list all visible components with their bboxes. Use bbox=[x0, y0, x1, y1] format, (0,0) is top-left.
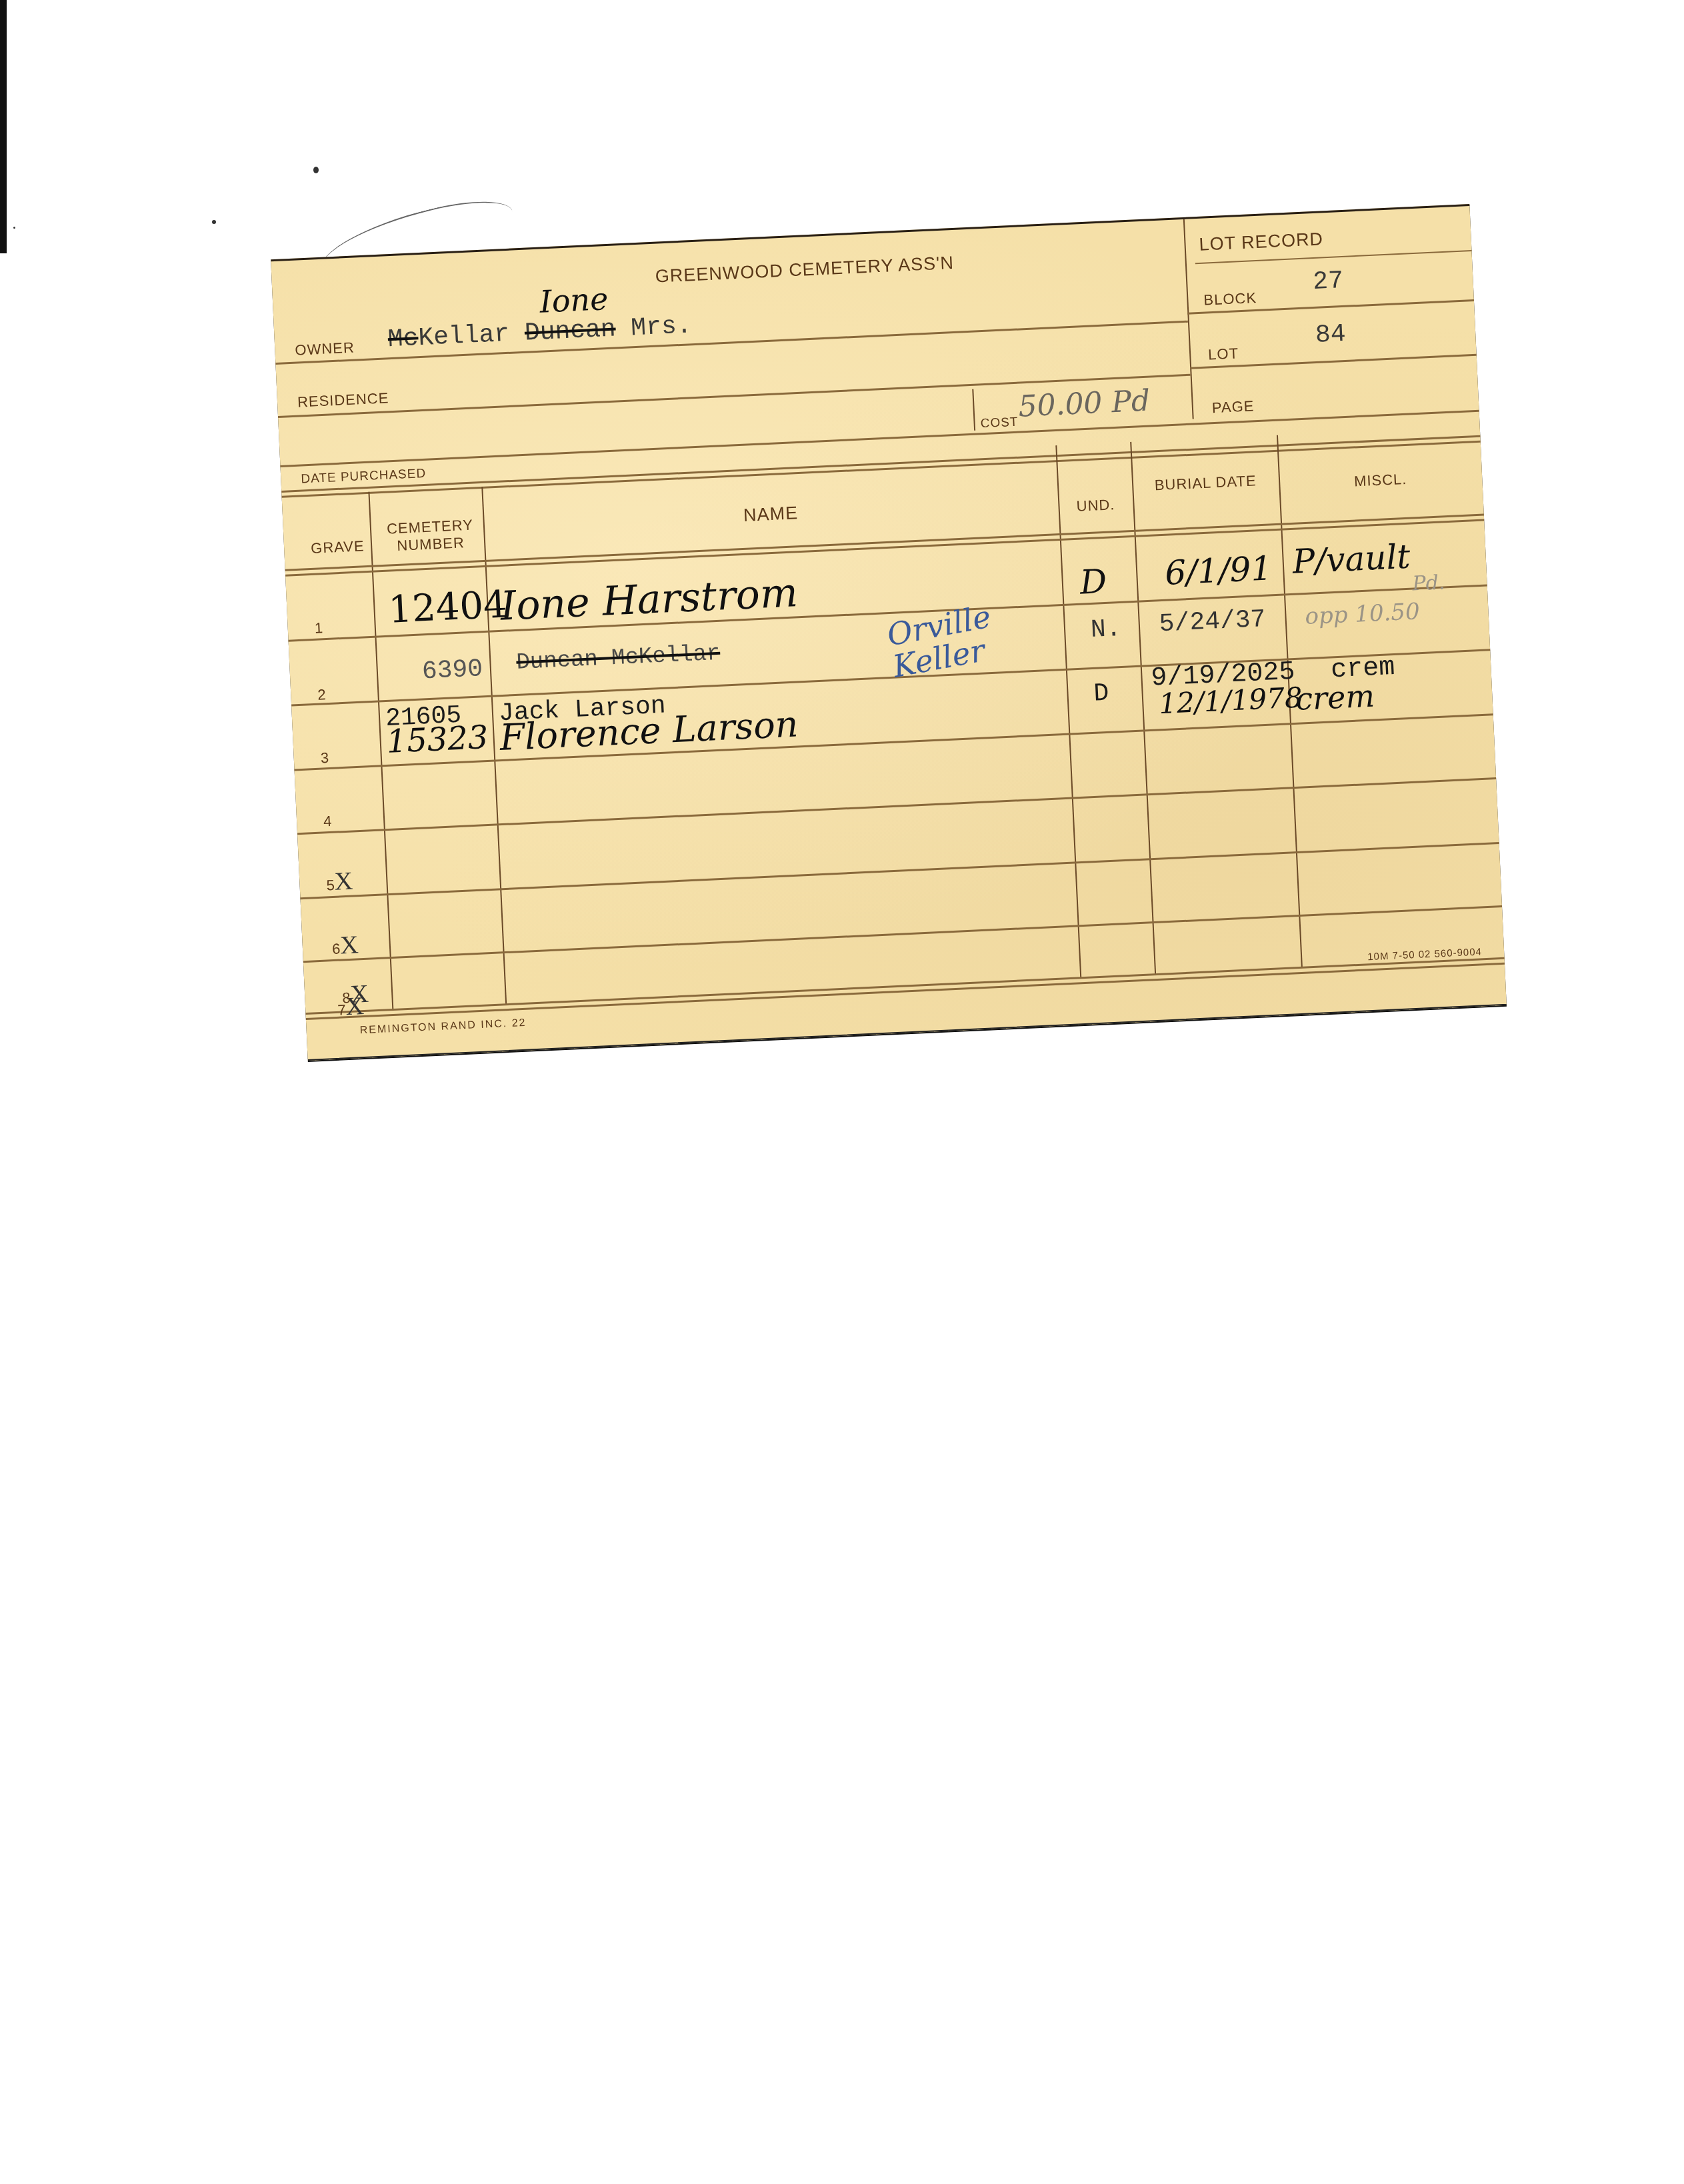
miscl-note: P/vault bbox=[1291, 537, 1411, 581]
und-col-divider bbox=[1130, 442, 1156, 975]
col-header-grave: GRAVE bbox=[311, 537, 365, 557]
block-label: BLOCK bbox=[1203, 289, 1257, 309]
lot-record-card: GREENWOOD CEMETERY ASS'N LOT RECORD OWNE… bbox=[271, 204, 1507, 1061]
miscl-pencil-note: opp 10.50 bbox=[1305, 598, 1421, 630]
grave-number: 4 bbox=[323, 813, 332, 831]
burial-date: 5/24/37 bbox=[1159, 605, 1266, 639]
printer-imprint: REMINGTON RAND INC. 22 bbox=[359, 1017, 527, 1037]
page-label: PAGE bbox=[1211, 397, 1255, 417]
owner-struck-given: Duncan bbox=[524, 315, 617, 347]
col-header-cemetery-number: CEMETERY NUMBER bbox=[383, 516, 477, 555]
scanner-edge bbox=[0, 0, 7, 253]
cost-value: 50.00 Pd bbox=[1017, 384, 1151, 424]
col-header-burial-date: BURIAL DATE bbox=[1142, 471, 1269, 495]
row-rule bbox=[300, 842, 1499, 899]
und-code: D bbox=[1093, 679, 1110, 709]
und-code: N. bbox=[1090, 615, 1122, 645]
lot-record-title: LOT RECORD bbox=[1199, 229, 1324, 255]
burial-date-2: 12/1/1978 bbox=[1158, 681, 1303, 720]
grave-number: 5X bbox=[325, 867, 353, 897]
owner-handwritten-given: Ione bbox=[539, 281, 609, 320]
cost-rule bbox=[280, 410, 1479, 467]
residence-label: RESIDENCE bbox=[297, 389, 389, 411]
table-bottom-rule bbox=[305, 957, 1504, 1015]
owner-surname: Kellar bbox=[417, 320, 510, 353]
col-header-name: NAME bbox=[483, 491, 1059, 538]
dust-speck bbox=[212, 220, 216, 224]
lot-value: 84 bbox=[1315, 320, 1347, 350]
col-header-und: UND. bbox=[1058, 495, 1133, 516]
lot-label: LOT bbox=[1208, 345, 1239, 363]
table-bottom-double-rule bbox=[306, 963, 1505, 1020]
burial-name: Ione Harstrom bbox=[499, 569, 799, 630]
owner-struck-prefix: Mc bbox=[387, 324, 419, 354]
miscl-note-2: crem bbox=[1295, 677, 1375, 717]
name-annotation: Orville Keller bbox=[885, 587, 1073, 683]
grave-number: 1 bbox=[314, 619, 323, 637]
row-rule bbox=[297, 777, 1496, 835]
owner-label: OWNER bbox=[295, 339, 355, 359]
x-mark: X bbox=[339, 931, 359, 959]
cemetery-number-2: 15323 bbox=[386, 719, 489, 761]
dust-speck bbox=[13, 227, 15, 229]
block-value: 27 bbox=[1312, 267, 1344, 297]
x-mark: X bbox=[350, 980, 369, 1009]
lot-record-divider bbox=[1183, 219, 1194, 419]
cemetery-number: 12404 bbox=[387, 583, 508, 631]
dust-speck bbox=[313, 167, 319, 173]
cemetery-number: 6390 bbox=[421, 655, 483, 686]
owner-title: Mrs. bbox=[630, 311, 692, 343]
burial-date: 6/1/91 bbox=[1164, 549, 1273, 592]
organization-title: GREENWOOD CEMETERY ASS'N bbox=[655, 253, 954, 287]
x-mark: X bbox=[334, 867, 353, 896]
burial-name-struck: Duncan McKellar bbox=[516, 641, 721, 676]
row-rule bbox=[303, 905, 1502, 963]
cost-divider bbox=[972, 389, 975, 431]
grave-number: 8X bbox=[341, 979, 369, 1010]
name-col-divider bbox=[1055, 445, 1081, 978]
und-code: D bbox=[1079, 562, 1108, 602]
grave-number: 3 bbox=[320, 749, 329, 767]
date-purchased-label: DATE PURCHASED bbox=[301, 467, 427, 487]
miscl-pencil-note: Pd. bbox=[1412, 571, 1446, 595]
grave-number: 2 bbox=[317, 686, 326, 704]
grave-number: 6X bbox=[331, 930, 359, 961]
col-header-miscl: MISCL. bbox=[1279, 467, 1483, 494]
cost-label: COST bbox=[980, 415, 1019, 432]
